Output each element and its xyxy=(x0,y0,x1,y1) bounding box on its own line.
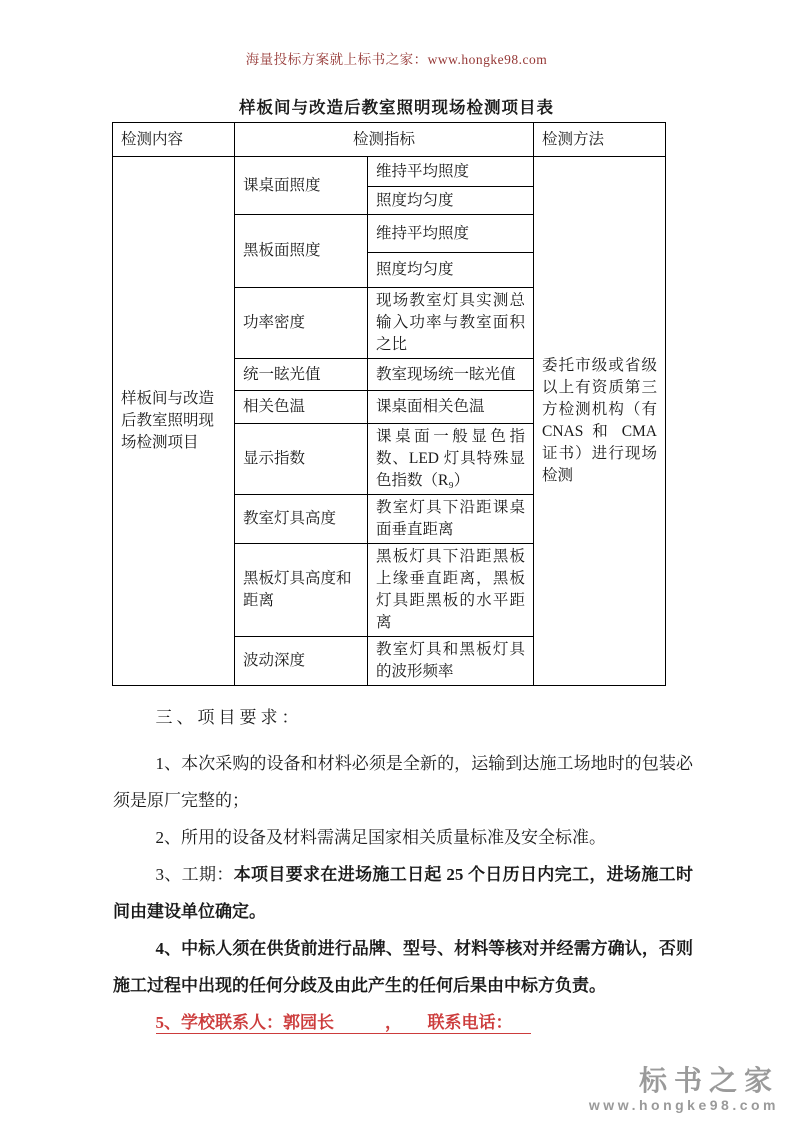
header-promo-link[interactable]: 海量投标方案就上标书之家：www.hongke98.com xyxy=(0,0,793,68)
requirement-item-3-prefix: 3、工期： xyxy=(156,865,234,884)
detail-cell: 教室现场统一眩光值 xyxy=(368,359,534,391)
inspection-table: 检测内容 检测指标 检测方法 样板间与改造后教室照明现场检测项目 课桌面照度 维… xyxy=(112,122,666,686)
watermark: 标书之家 www.hongke98.com xyxy=(589,1066,779,1114)
detail-cell: 课桌面相关色温 xyxy=(368,391,534,424)
indicator-cell: 教室灯具高度 xyxy=(235,495,368,544)
requirement-item-5: 5、学校联系人：郭园长 ， 联系电话： xyxy=(113,1004,693,1041)
requirement-item-2: 2、所用的设备及材料需满足国家相关质量标准及安全标准。 xyxy=(113,819,693,856)
requirements-section: 三、项目要求： 1、本次采购的设备和材料必须是全新的，运输到达施工场地时的包装必… xyxy=(113,699,693,1041)
detail-cell: 照度均匀度 xyxy=(368,253,534,288)
column-header-method: 检测方法 xyxy=(534,123,666,157)
method-cell: 委托市级或省级以上有资质第三方检测机构（有 CNAS 和 CMA 证书）进行现场… xyxy=(534,157,666,686)
table-row: 样板间与改造后教室照明现场检测项目 课桌面照度 维持平均照度 委托市级或省级以上… xyxy=(113,157,666,187)
column-header-indicator: 检测指标 xyxy=(235,123,534,157)
requirement-item-3: 3、工期：本项目要求在进场施工日起 25 个日历日内完工，进场施工时间由建设单位… xyxy=(113,856,693,930)
indicator-cell: 统一眩光值 xyxy=(235,359,368,391)
indicator-cell: 功率密度 xyxy=(235,288,368,359)
detail-cell: 维持平均照度 xyxy=(368,215,534,253)
requirement-item-4: 4、中标人须在供货前进行品牌、型号、材料等核对并经需方确认，否则施工过程中出现的… xyxy=(113,930,693,1004)
detail-cell: 照度均匀度 xyxy=(368,187,534,215)
indicator-cell: 显示指数 xyxy=(235,424,368,495)
indicator-cell: 课桌面照度 xyxy=(235,157,368,215)
detail-cell: 现场教室灯具实测总输入功率与教室面积之比 xyxy=(368,288,534,359)
indicator-cell: 黑板面照度 xyxy=(235,215,368,288)
detail-cell: 教室灯具下沿距课桌面垂直距离 xyxy=(368,495,534,544)
column-header-content: 检测内容 xyxy=(113,123,235,157)
section-heading: 三、项目要求： xyxy=(113,699,693,736)
detail-cell: 维持平均照度 xyxy=(368,157,534,187)
detail-cell: 黑板灯具下沿距黑板上缘垂直距离，黑板灯具距黑板的水平距离 xyxy=(368,544,534,637)
watermark-logo: 标书之家 xyxy=(589,1066,779,1096)
content-cell: 样板间与改造后教室照明现场检测项目 xyxy=(113,157,235,686)
requirement-item-5-text: 5、学校联系人：郭园长 ， 联系电话： xyxy=(156,1013,531,1034)
watermark-url[interactable]: www.hongke98.com xyxy=(589,1096,779,1114)
requirement-item-1: 1、本次采购的设备和材料必须是全新的，运输到达施工场地时的包装必须是原厂完整的； xyxy=(113,745,693,819)
indicator-cell: 黑板灯具高度和距离 xyxy=(235,544,368,637)
table-title: 样板间与改造后教室照明现场检测项目表 xyxy=(0,94,793,118)
table-header-row: 检测内容 检测指标 检测方法 xyxy=(113,123,666,157)
detail-cell: 课桌面一般显色指数、LED 灯具特殊显色指数（R₉） xyxy=(368,424,534,495)
indicator-cell: 波动深度 xyxy=(235,637,368,686)
indicator-cell: 相关色温 xyxy=(235,391,368,424)
document-page: 海量投标方案就上标书之家：www.hongke98.com 样板间与改造后教室照… xyxy=(0,0,793,1122)
detail-cell: 教室灯具和黑板灯具的波形频率 xyxy=(368,637,534,686)
